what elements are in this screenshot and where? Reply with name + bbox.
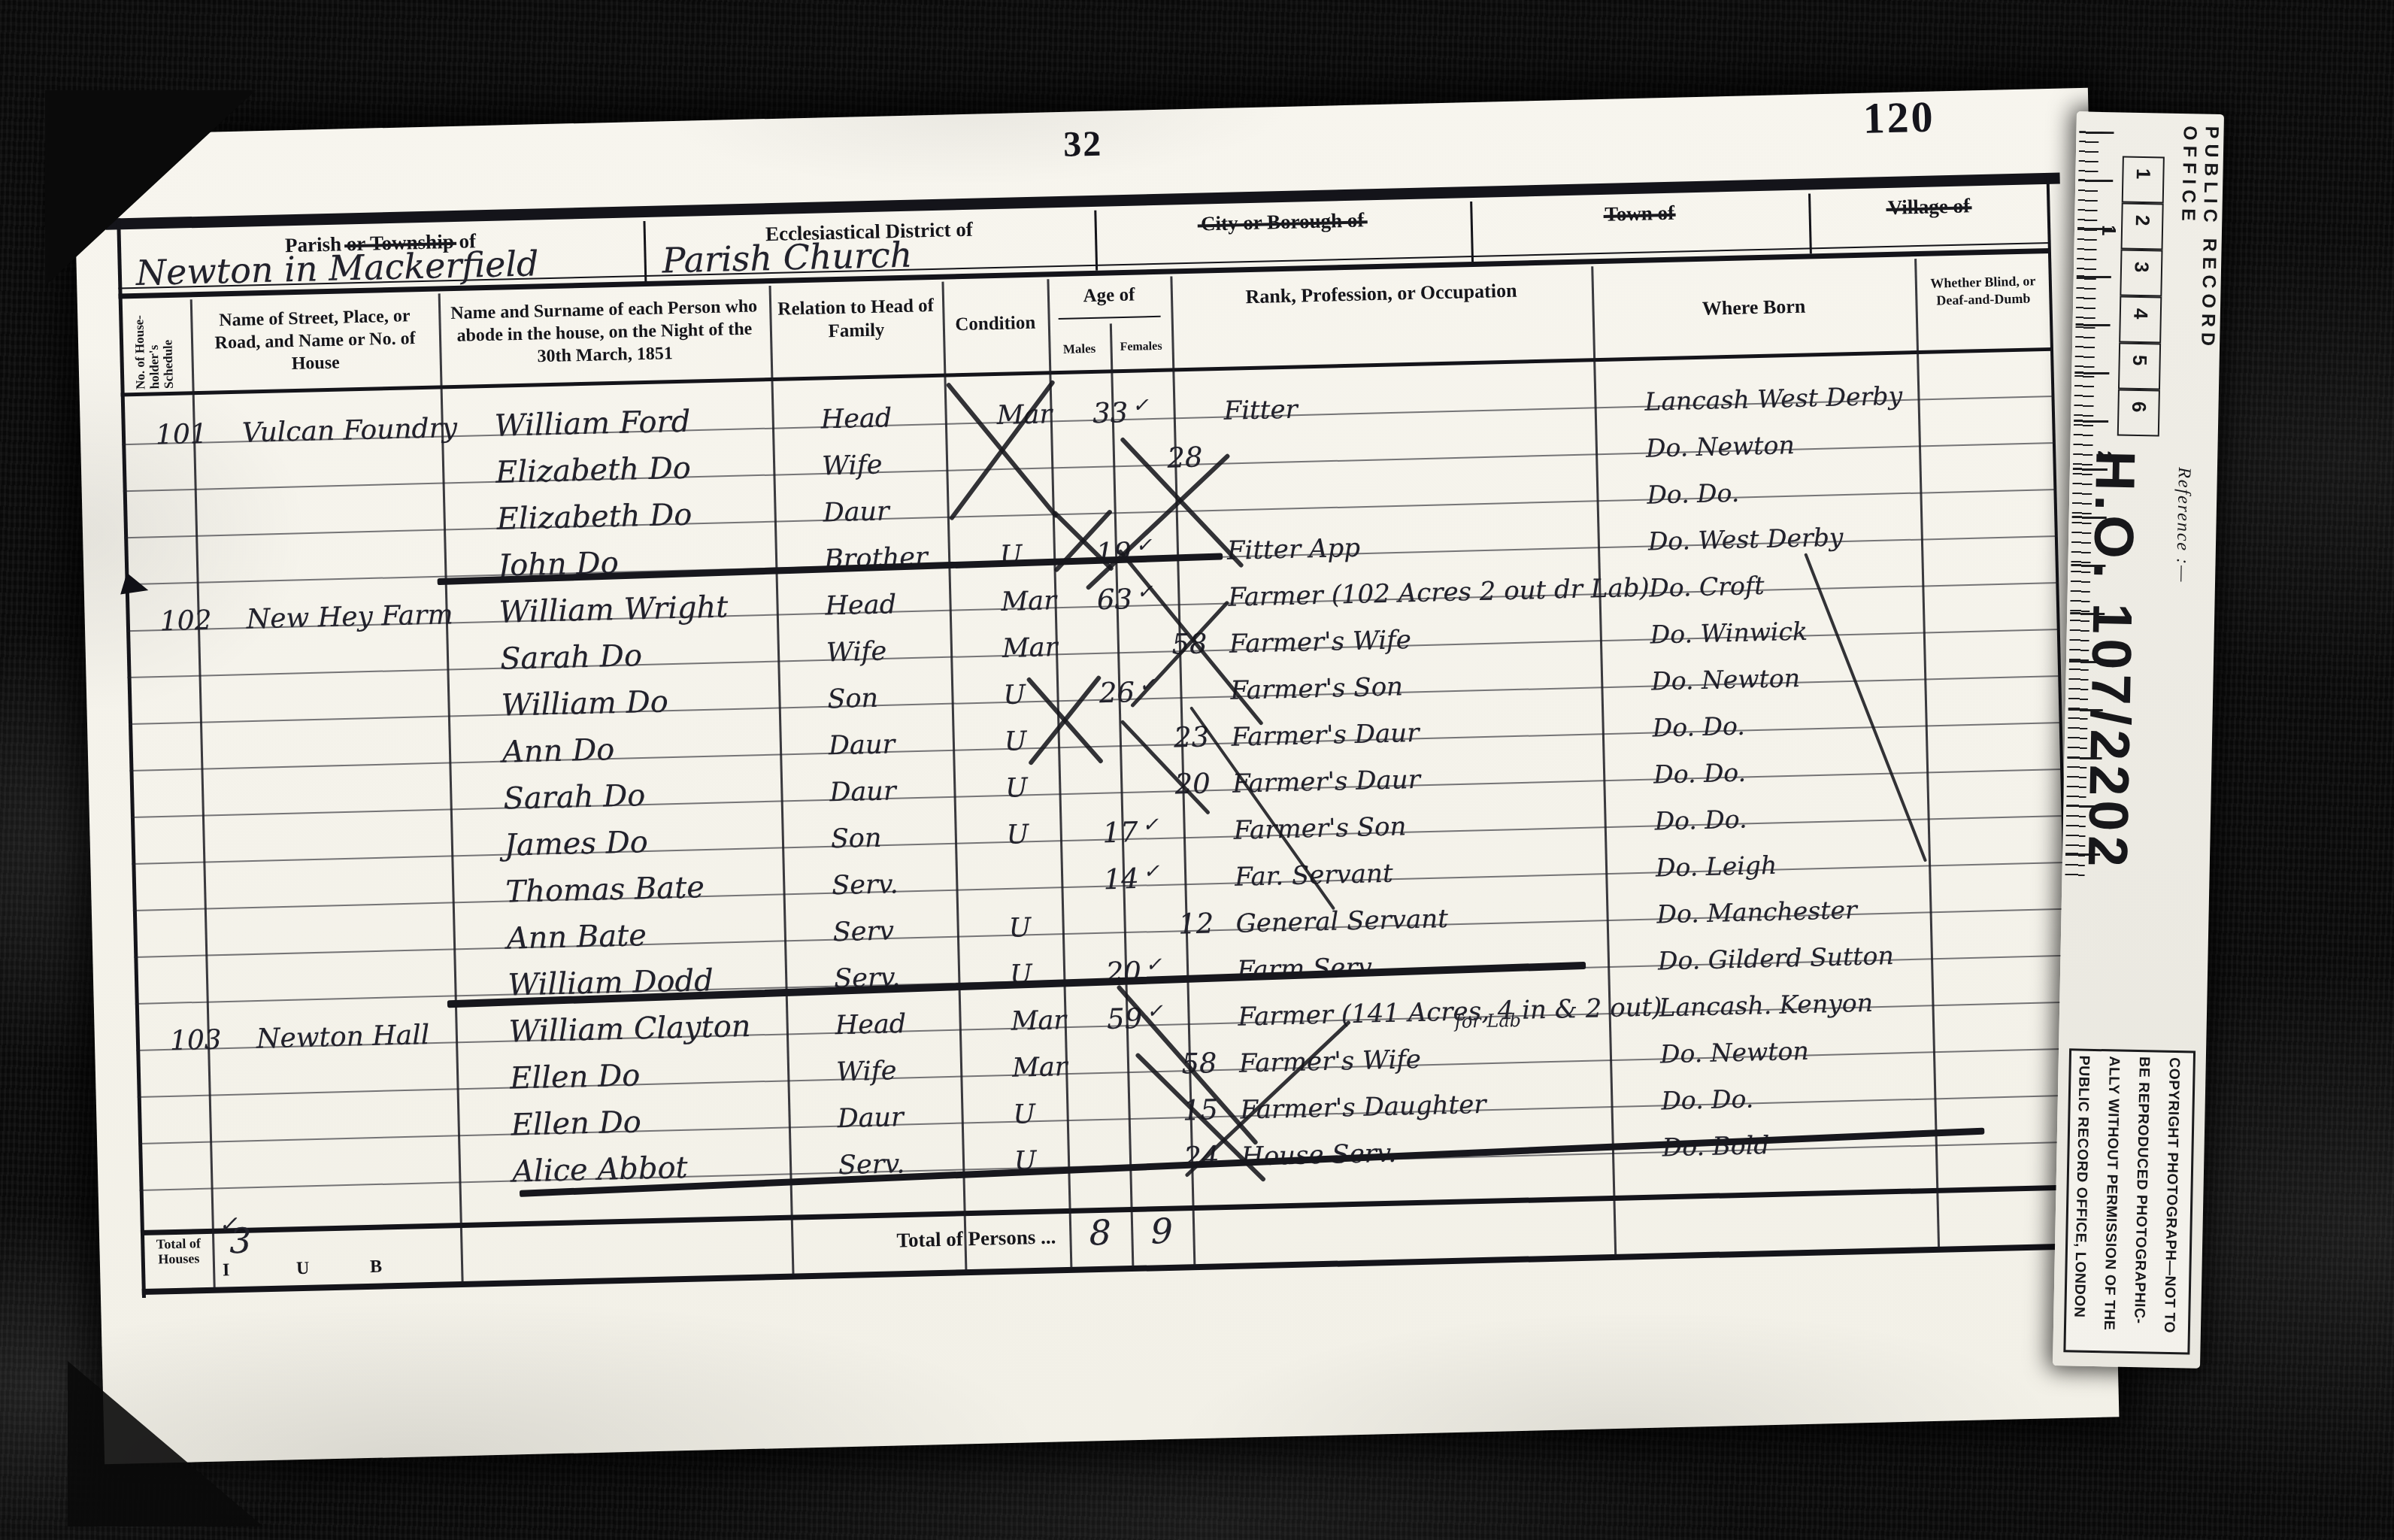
scanned-census-page: 32 120 Parish or Township ofNewton in Ma…	[0, 0, 2394, 1540]
header-schedule-label: No. of House- holder's Schedule	[132, 303, 177, 390]
enumerator-tick: ✓	[1132, 394, 1149, 417]
header-relation-label: Relation to Head of Family	[772, 294, 939, 345]
parish-field-label: Town of	[1470, 198, 1809, 229]
ruler-box-1: 1	[2122, 156, 2165, 203]
parish-field: City or Borough of	[1094, 202, 1471, 271]
parish-field-label-struck: Town of	[1605, 202, 1675, 226]
header-address-label: Name of Street, Place, or Road, and Name…	[195, 305, 435, 377]
copyright-line: ALLY WITHOUT PERMISSION OF THE	[2093, 1056, 2129, 1347]
pro-stamp-strip: 1 2 123456 PUBLIC RECORD OFFICE Referenc…	[2053, 111, 2224, 1368]
header-age-underline	[1059, 316, 1161, 320]
parish-field-value: Parish Church	[662, 235, 913, 281]
header-occupation-label: Rank, Profession, or Occupation	[1179, 277, 1583, 311]
enumerator-tick: ✓	[1145, 953, 1162, 977]
parish-field: Town of	[1470, 193, 1810, 262]
ruler-box-6: 6	[2117, 389, 2160, 436]
enumerator-tick: ✓	[1143, 860, 1159, 884]
copyright-stamp-box: COPYRIGHT PHOTOGRAPH—NOT TOBE REPRODUCED…	[2063, 1048, 2196, 1354]
ruler-number: 5	[2128, 355, 2151, 366]
parish-field: Village of	[1808, 188, 2050, 254]
header-name: Name and Surname of each Person who abod…	[438, 286, 771, 385]
parish-field: Parish or Township ofNewton in Mackerfie…	[117, 221, 645, 293]
parish-field-label: City or Borough of	[1094, 206, 1471, 238]
total-houses-label: Total of Houses	[144, 1236, 214, 1268]
ruler-box-3: 3	[2120, 249, 2162, 296]
copyright-line: BE REPRODUCED PHOTOGRAPHIC-	[2123, 1056, 2159, 1347]
total-houses-tick: ✓	[218, 1211, 238, 1238]
ruler-number: 3	[2129, 262, 2153, 273]
enumerator-tick: ✓	[1142, 814, 1159, 837]
ruler-number: 6	[2127, 402, 2150, 413]
header-address: Name of Street, Place, or Road, and Name…	[190, 293, 441, 391]
header-born: Where Born	[1591, 259, 1917, 358]
ruler-box-2: 2	[2121, 202, 2164, 250]
parish-field-label-struck: City or Borough of	[1201, 208, 1365, 235]
houses-subcolumn-I: I	[223, 1260, 230, 1281]
total-persons-males: 8	[1069, 1211, 1132, 1254]
folio-number-left: 32	[1063, 123, 1103, 165]
ruler-box-4: 4	[2119, 296, 2162, 343]
folio-number-right: 120	[1862, 91, 1936, 143]
total-persons-females: 9	[1131, 1210, 1193, 1252]
header-born-label: Where Born	[1599, 292, 1909, 323]
header-occupation: Rank, Profession, or Occupation	[1170, 266, 1593, 368]
header-schedule: No. of House- holder's Schedule	[119, 299, 192, 393]
header-condition: Condition	[941, 279, 1049, 373]
copyright-line: PUBLIC RECORD OFFICE, LONDON	[2063, 1055, 2099, 1346]
header-age-label: Age of	[1047, 283, 1171, 308]
ruler-box-5: 5	[2118, 342, 2161, 390]
houses-subcolumn-B: B	[370, 1257, 383, 1278]
header-blind: Whether Blind, or Deaf-and-Dumb	[1914, 256, 2053, 350]
header-age-females: Females	[1110, 339, 1171, 354]
header-blind-label: Whether Blind, or Deaf-and-Dumb	[1917, 272, 2049, 309]
header-age-males: Males	[1048, 341, 1110, 357]
ruler-inch-1: 1	[2097, 225, 2120, 236]
totals-row: Total of HousesIUB3✓Total of Persons ...…	[141, 1188, 2074, 1290]
ruler-number: 4	[2129, 308, 2152, 320]
houses-subcolumn-U: U	[296, 1259, 310, 1279]
ruler-number: 2	[2131, 215, 2154, 226]
header-condition-label: Condition	[944, 311, 1046, 336]
parish-field: Ecclesiastical District ofParish Church	[643, 211, 1095, 281]
reference-number: H.O. 107/2202	[2072, 450, 2147, 1038]
copyright-text: COPYRIGHT PHOTOGRAPH—NOT TOBE REPRODUCED…	[2071, 1055, 2189, 1347]
copyright-line: COPYRIGHT PHOTOGRAPH—NOT TO	[2153, 1057, 2189, 1348]
parish-field-label-struck: Village of	[1888, 194, 1971, 220]
total-persons-label: Total of Persons ...	[791, 1225, 1056, 1254]
header-age: Age ofMalesFemales	[1047, 276, 1172, 371]
census-sheet: 32 120 Parish or Township ofNewton in Ma…	[74, 88, 2120, 1465]
header-relation: Relation to Head of Family	[769, 282, 944, 377]
parish-field-label: Village of	[1808, 192, 2050, 222]
header-name-label: Name and Surname of each Person who abod…	[445, 295, 764, 370]
reference-label: Reference :—	[2170, 467, 2194, 662]
pro-office-label: PUBLIC RECORD OFFICE	[2172, 126, 2222, 450]
ruler-number: 1	[2132, 168, 2155, 180]
